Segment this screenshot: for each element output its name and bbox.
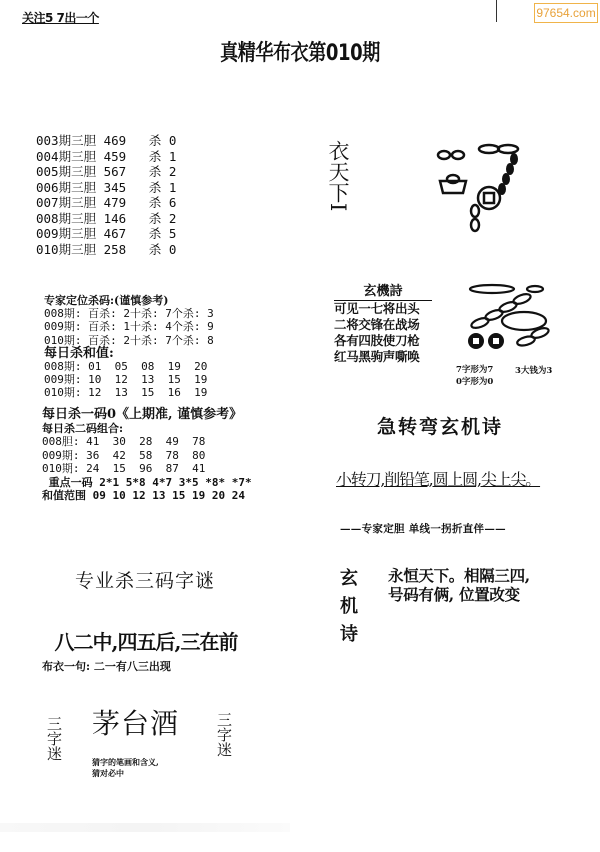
jizhuanwan-title: 急转弯玄机诗 — [300, 412, 580, 439]
daily-kill-block: 每日杀一码0《上期准, 谨慎参考》 每日杀二码组合: 008胆: 41 30 2… — [42, 408, 252, 503]
icon-caption-three: 3大钱为3 — [515, 364, 552, 376]
list-item: 004期三胆 459 杀 1 — [36, 149, 176, 165]
section-heading: 每日杀和值: — [44, 347, 214, 360]
sandan-list: 003期三胆 469 杀 0 004期三胆 459 杀 1 005期三胆 567… — [36, 133, 176, 257]
yitianxia-vertical: 衣天下I — [326, 140, 350, 211]
list-item: 010期: 百杀: 2十杀: 7个杀: 8 — [44, 334, 214, 347]
maotai-caption: 猜字的笔画和含义,猜对必中 — [92, 757, 162, 779]
list-item: 006期三胆 345 杀 1 — [36, 180, 176, 196]
riddle-title: 专业杀三码字谜 — [40, 566, 250, 593]
list-item: 010期: 12 13 15 16 19 — [44, 386, 214, 399]
chain-seven-icon — [430, 145, 550, 235]
list-item: 008期三胆 146 杀 2 — [36, 211, 176, 227]
section-heading: 专家定位杀码:(谨慎参考) — [44, 294, 214, 307]
xuanjishi-text: 永恒天下。相隔三四, 号码有俩, 位置改变 — [388, 566, 530, 604]
sum-range-row: 和值范围 09 10 12 13 15 19 20 24 — [42, 489, 252, 503]
poem-line: 各有四肢使刀枪 — [334, 333, 432, 349]
section-heading: 每日杀二码组合: — [42, 422, 252, 436]
side-label-left: 三字迷 — [44, 716, 65, 761]
expert-kill-block: 专家定位杀码:(谨慎参考) 008期: 百杀: 2十杀: 7个杀: 3 009期… — [44, 294, 214, 400]
side-label-right: 三字迷 — [214, 712, 235, 757]
list-item: 009期: 百杀: 1十杀: 4个杀: 9 — [44, 320, 214, 333]
watermark-badge[interactable]: 97654.com — [534, 3, 598, 23]
section-heading: 每日杀一码0《上期准, 谨慎参考》 — [42, 408, 252, 422]
list-item: 005期三胆 567 杀 2 — [36, 164, 176, 180]
list-item: 008期: 百杀: 2十杀: 7个杀: 3 — [44, 307, 214, 320]
expert-line: ——专家定胆 单线一拐折直伴—— — [340, 521, 506, 536]
coin-seven-zero-icon — [460, 283, 560, 353]
xuanjishi-vertical-label: 玄机诗 — [334, 568, 360, 652]
divider — [496, 0, 497, 22]
riddle-text: 八二中,四五后,三在前 — [36, 626, 256, 655]
list-item: 009期: 10 12 13 15 19 — [44, 373, 214, 386]
poem-line: 二将交锋在战场 — [334, 317, 432, 333]
page-title: 真精华布衣第010期 — [54, 36, 546, 67]
xuanjishi-line: 永恒天下。相隔三四, — [388, 566, 530, 585]
list-item: 003期三胆 469 杀 0 — [36, 133, 176, 149]
icon-caption-seven-zero: 7字形为7 0字形为0 — [456, 364, 493, 388]
top-note: 关注5 7出一个 — [22, 9, 99, 26]
key-code-row: 重点一码 2*1 5*8 4*7 3*5 *8* *7* — [42, 476, 252, 490]
poem-line: 红马黑驹声嘶唤 — [334, 349, 432, 365]
maotai-word: 茅台酒 — [92, 702, 179, 742]
scan-artifact — [0, 823, 290, 832]
list-item: 008胆: 41 30 28 49 78 — [42, 435, 252, 449]
list-item: 010期三胆 258 杀 0 — [36, 242, 176, 258]
poem-title: 玄機詩 — [334, 280, 432, 301]
poem-line: 可见一七将出头 — [334, 301, 432, 317]
xuanji-poem: 玄機詩 可见一七将出头 二将交锋在战场 各有四肢使刀枪 红马黑驹声嘶唤 — [334, 280, 432, 365]
xuanjishi-line: 号码有俩, 位置改变 — [388, 585, 530, 604]
list-item: 008期: 01 05 08 19 20 — [44, 360, 214, 373]
list-item: 009期三胆 467 杀 5 — [36, 226, 176, 242]
riddle-subtext: 布衣一句: 二一有八三出现 — [42, 658, 171, 674]
list-item: 009期: 36 42 58 78 80 — [42, 449, 252, 463]
jizhuanwan-line: 小转刀,削铅笔,圆上圆,尖上尖。 — [336, 467, 540, 490]
list-item: 007期三胆 479 杀 6 — [36, 195, 176, 211]
list-item: 010期: 24 15 96 87 41 — [42, 462, 252, 476]
